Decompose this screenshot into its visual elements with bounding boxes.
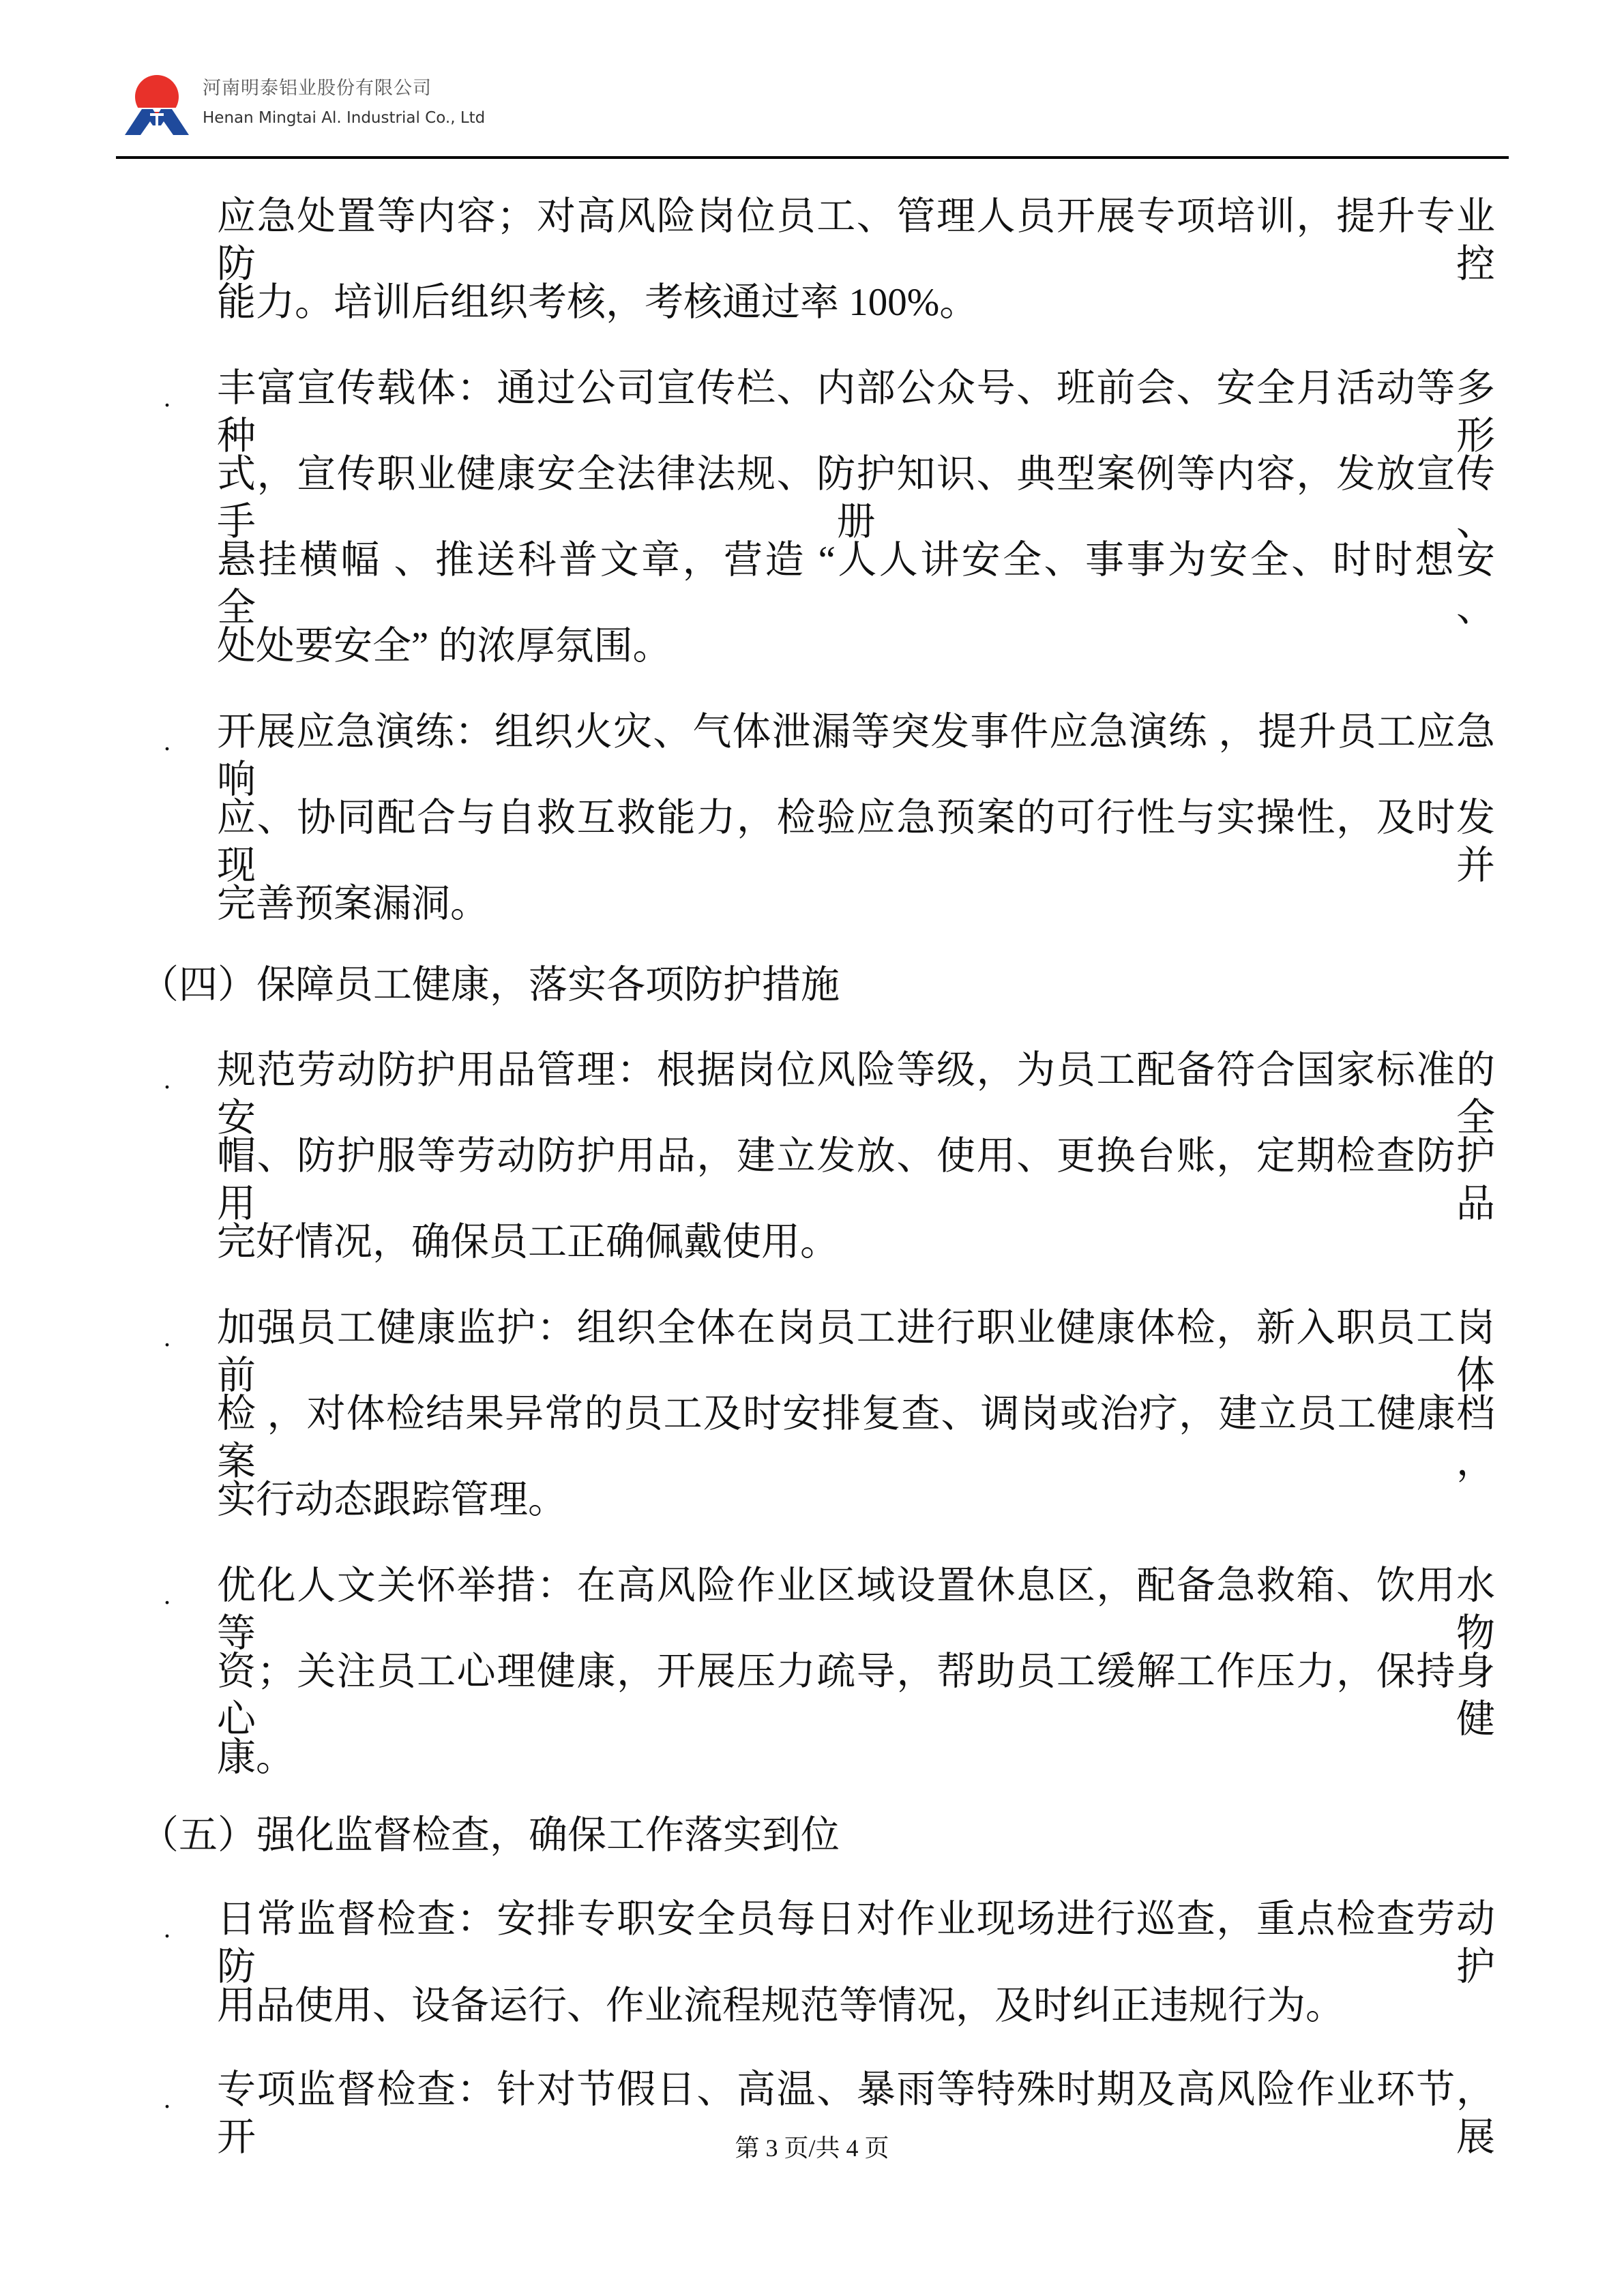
paragraph-line: 优化人文关怀举措：在高风险作业区域设置休息区，配备急救箱、饮用水等物 [217, 1562, 1495, 1610]
paragraph-line: 能力。培训后组织考核，考核通过率 100%。 [217, 279, 1495, 327]
bullet-marker-icon: . [164, 1915, 171, 1942]
paragraph-line: 式，宣传职业健康安全法律法规、防护知识、典型案例等内容，发放宣传手册、 [217, 451, 1495, 498]
paragraph-line: 规范劳动防护用品管理：根据岗位风险等级，为员工配备符合国家标准的安全 [217, 1047, 1495, 1094]
paragraph-line: 专项监督检查：针对节假日、高温、暴雨等特殊时期及高风险作业环节，开展 [217, 2066, 1495, 2114]
paragraph-line: 帽、防护服等劳动防护用品，建立发放、使用、更换台账，定期检查防护用品 [217, 1133, 1495, 1180]
bullet-marker-icon: . [164, 384, 171, 411]
paragraph-line: 资；关注员工心理健康，开展压力疏导，帮助员工缓解工作压力，保持身心健 [217, 1648, 1495, 1696]
company-name-en: Henan Mingtai Al. Industrial Co., Ltd [203, 108, 485, 128]
paragraph-line: 完好情况，确保员工正确佩戴使用。 [217, 1219, 1495, 1266]
paragraph-line: 处处要安全” 的浓厚氛围。 [217, 623, 1495, 670]
paragraph-line: 应急处置等内容；对高风险岗位员工、管理人员开展专项培训，提升专业防控 [217, 193, 1495, 241]
paragraph-line: 悬挂横幅 、推送科普文章，营造 “人人讲安全、事事为安全、时时想安全、 [217, 537, 1495, 584]
bullet-marker-icon: . [164, 728, 171, 755]
section-heading: （四）保障员工健康，落实各项防护措施 [140, 961, 840, 1009]
bullet-marker-icon: . [164, 1581, 171, 1609]
section-heading: （五）强化监督检查，确保工作落实到位 [140, 1812, 840, 1860]
paragraph-line: 实行动态跟踪管理。 [217, 1476, 1495, 1524]
paragraph-line: 完善预案漏洞。 [217, 880, 1495, 928]
company-logo-icon [123, 74, 191, 136]
paragraph-line: 加强员工健康监护：组织全体在岗员工进行职业健康体检，新入职员工岗前体 [217, 1304, 1495, 1352]
bullet-marker-icon: . [164, 1066, 171, 1093]
page-number: 第 3 页/共 4 页 [0, 2133, 1624, 2163]
paragraph-line: 用品使用、设备运行、作业流程规范等情况，及时纠正违规行为。 [217, 1982, 1495, 2030]
paragraph-line: 开展应急演练：组织火灾、气体泄漏等突发事件应急演练 ，提升员工应急响 [217, 709, 1495, 756]
paragraph-line: 检 ，对体检结果异常的员工及时安排复查、调岗或治疗，建立员工健康档案， [217, 1390, 1495, 1438]
paragraph-line: 丰富宣传载体：通过公司宣传栏、内部公众号、班前会、安全月活动等多种形 [217, 365, 1495, 413]
bullet-marker-icon: . [164, 1324, 171, 1351]
header-rule [116, 156, 1509, 159]
bullet-marker-icon: . [164, 2085, 171, 2113]
paragraph-line: 康。 [217, 1734, 1495, 1782]
paragraph-line: 日常监督检查：安排专职安全员每日对作业现场进行巡查，重点检查劳动防护 [217, 1896, 1495, 1943]
company-name-cn: 河南明泰铝业股份有限公司 [203, 78, 432, 100]
paragraph-line: 应、协同配合与自救互救能力，检验应急预案的可行性与实操性，及时发现并 [217, 794, 1495, 842]
